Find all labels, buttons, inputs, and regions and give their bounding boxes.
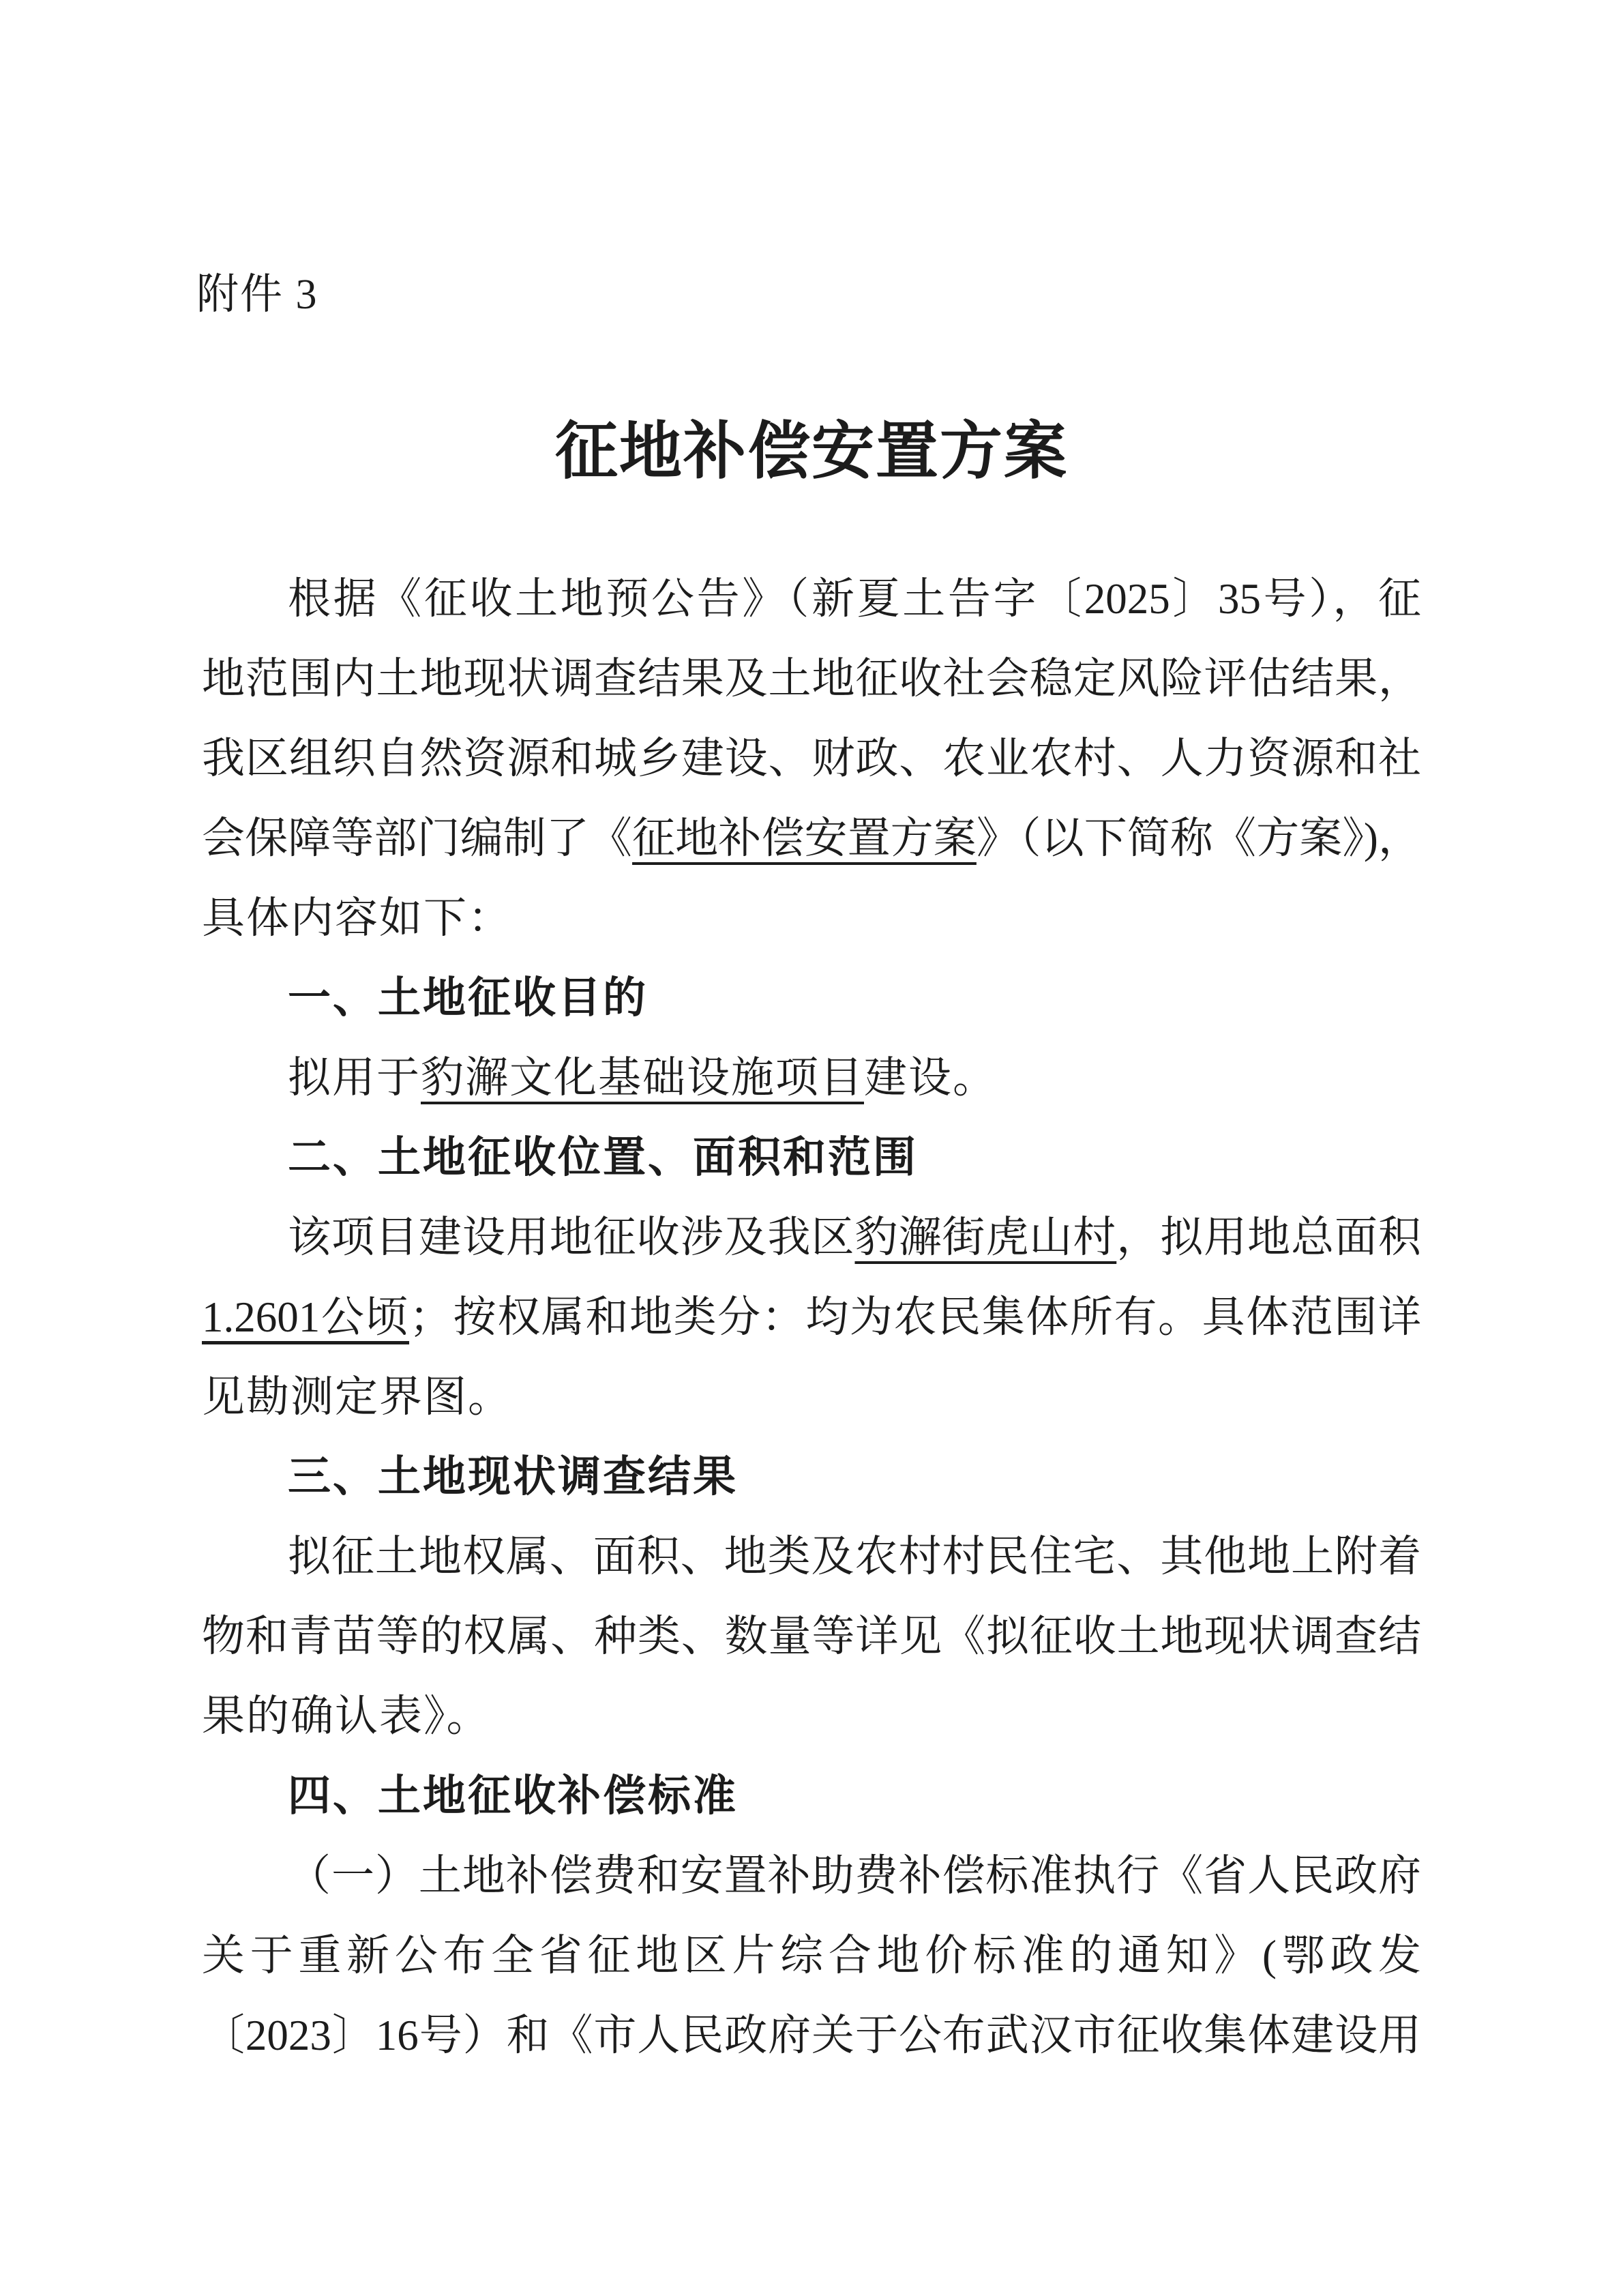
paragraph-line: 关于重新公布全省征地区片综合地价标准的通知》(鄂政发 — [202, 1916, 1421, 1996]
paragraph-line: 物和青苗等的权属、种类、数量等详见《拟征收土地现状调查结 — [202, 1597, 1421, 1677]
paragraph-line: 拟用于豹澥文化基础设施项目建设。 — [202, 1038, 1421, 1118]
text-segment: 该项目建设用地征收涉及我区 — [288, 1213, 854, 1261]
paragraph-line: 根据《征收土地预公告》（新夏土告字〔2025〕35号），征 — [202, 559, 1421, 639]
paragraph-line: 该项目建设用地征收涉及我区豹澥街虎山村，拟用地总面积 — [202, 1198, 1421, 1278]
text-segment: 拟用于 — [288, 1054, 421, 1102]
underlined-segment: 豹澥街虎山村 — [854, 1213, 1116, 1261]
paragraph-line: 会保障等部门编制了《征地补偿安置方案》（以下简称《方案》)， — [202, 799, 1421, 879]
attachment-label: 附件 3 — [196, 271, 318, 318]
paragraph-line: 果的确认表》。 — [202, 1677, 1421, 1756]
text-segment: 》（以下简称《方案》)， — [977, 814, 1421, 862]
section-heading-3: 三、土地现状调查结果 — [202, 1437, 1421, 1517]
paragraph-line: 〔2023〕16号）和《市人民政府关于公布武汉市征收集体建设用 — [202, 1996, 1421, 2076]
section-heading-2: 二、土地征收位置、面积和范围 — [202, 1118, 1421, 1198]
text-segment: ；按权属和地类分：均为农民集体所有。具体范围详 — [409, 1293, 1421, 1341]
paragraph-line: 我区组织自然资源和城乡建设、财政、农业农村、人力资源和社 — [202, 719, 1421, 799]
paragraph-line: 具体内容如下： — [202, 879, 1421, 958]
document-body: 根据《征收土地预公告》（新夏土告字〔2025〕35号），征 地范围内土地现状调查… — [202, 559, 1421, 2076]
section-heading-4: 四、土地征收补偿标准 — [202, 1756, 1421, 1836]
section-heading-1: 一、土地征收目的 — [202, 958, 1421, 1038]
paragraph-line: 见勘测定界图。 — [202, 1357, 1421, 1437]
text-segment: 会保障等部门编制了《 — [202, 814, 632, 862]
paragraph-line: （一）土地补偿费和安置补助费补偿标准执行《省人民政府 — [202, 1836, 1421, 1916]
text-segment: 建设。 — [864, 1054, 997, 1102]
paragraph-line: 1.2601公顷；按权属和地类分：均为农民集体所有。具体范围详 — [202, 1278, 1421, 1357]
document-title: 征地补偿安置方案 — [0, 401, 1623, 491]
text-segment: ，拟用地总面积 — [1116, 1213, 1421, 1261]
underlined-segment: 豹澥文化基础设施项目 — [421, 1054, 864, 1102]
paragraph-line: 地范围内土地现状调查结果及土地征收社会稳定风险评估结果， — [202, 639, 1421, 719]
underlined-segment: 征地补偿安置方案 — [632, 814, 977, 862]
document-page: 附件 3 征地补偿安置方案 根据《征收土地预公告》（新夏土告字〔2025〕35号… — [0, 0, 1623, 2296]
underlined-segment: 1.2601公顷 — [202, 1293, 409, 1341]
paragraph-line: 拟征土地权属、面积、地类及农村村民住宅、其他地上附着 — [202, 1517, 1421, 1597]
